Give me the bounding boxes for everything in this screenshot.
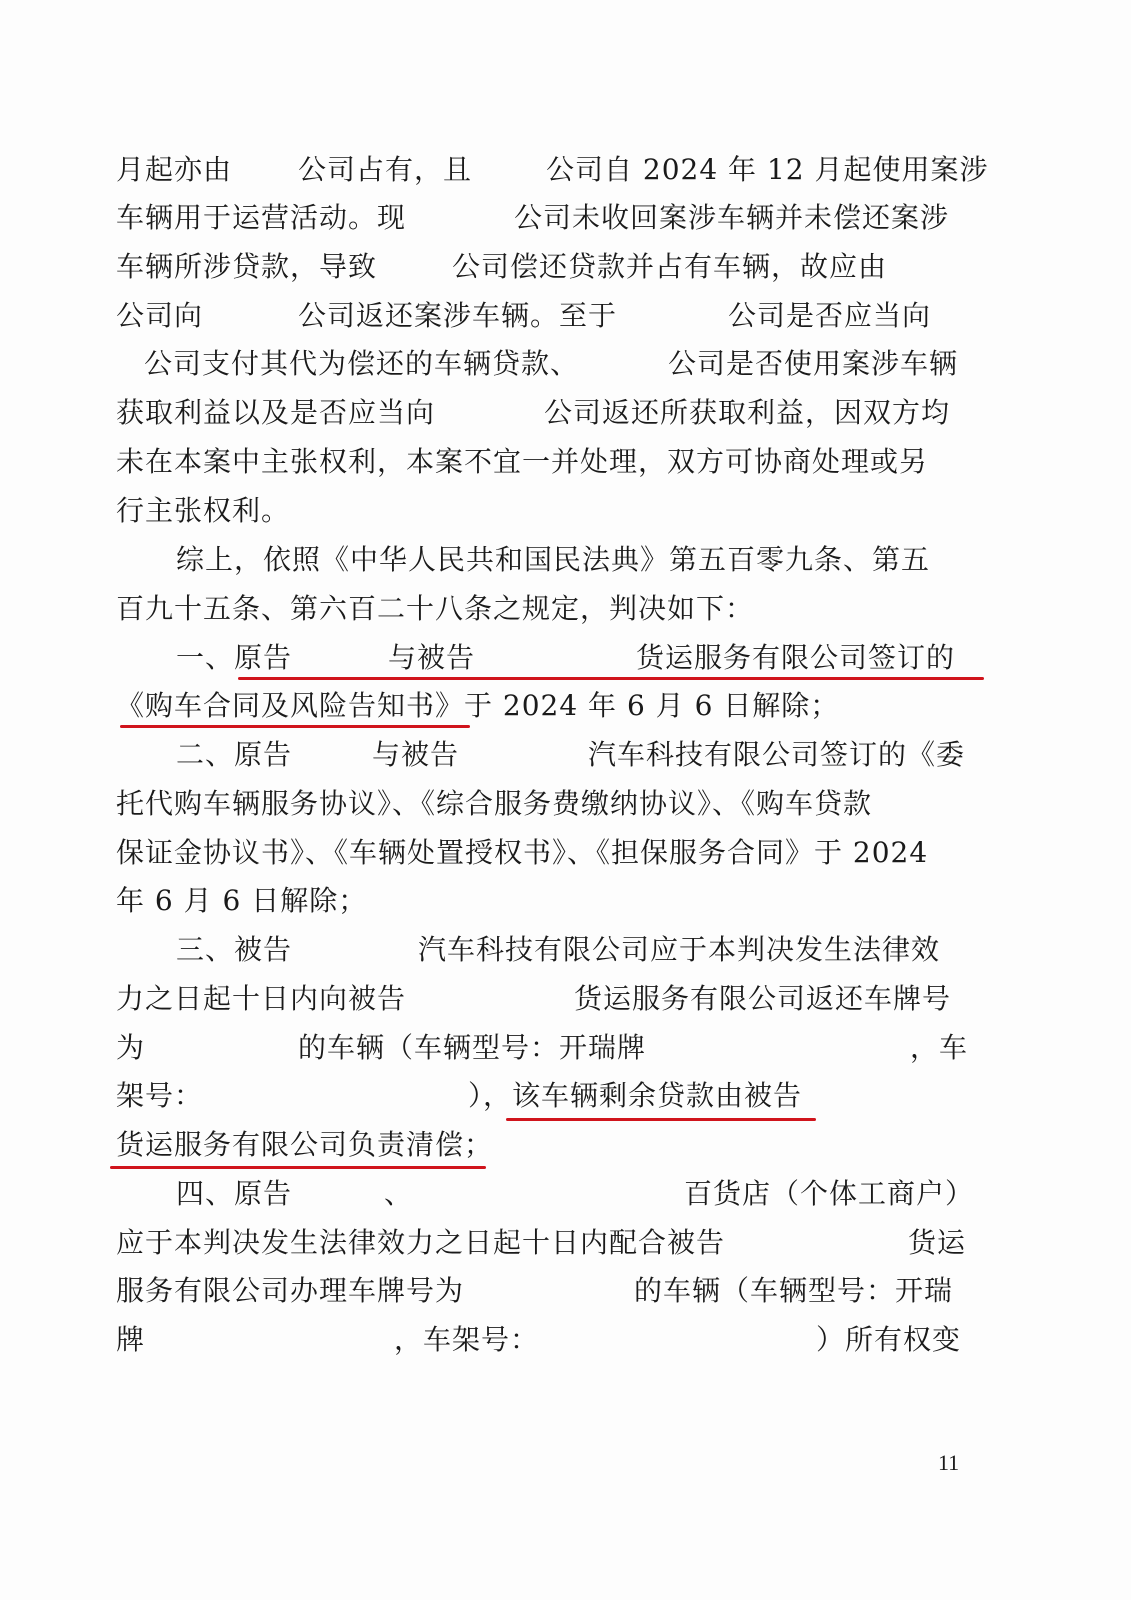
text-segment: 公司占有，且 — [298, 150, 472, 190]
text-segment: 公司向 — [116, 296, 203, 336]
text-segment: 架号： — [116, 1076, 203, 1116]
text-line: 车辆所涉贷款，导致公司偿还贷款并占有车辆，故应由 — [116, 247, 986, 287]
text-line: 百九十五条、第六百二十八条之规定，判决如下： — [116, 589, 986, 629]
text-line: 未在本案中主张权利，本案不宜一并处理，双方可协商处理或另 — [116, 442, 986, 482]
text-segment: 公司是否应当向 — [728, 296, 931, 336]
text-segment: ），该车辆剩余贷款由被告 — [468, 1076, 802, 1116]
text-line: 应于本判决发生法律效力之日起十日内配合被告货运 — [116, 1223, 986, 1263]
text-line: 综上，依照《中华人民共和国民法典》第五百零九条、第五 — [116, 540, 986, 580]
text-segment: 公司偿还贷款并占有车辆，故应由 — [452, 247, 887, 287]
text-segment: 公司支付其代为偿还的车辆贷款、 — [144, 344, 579, 384]
text-segment: 、 — [384, 1174, 413, 1214]
text-segment: 牌 — [116, 1320, 145, 1360]
text-line: 力之日起十日内向被告货运服务有限公司返还车牌号 — [116, 979, 986, 1019]
text-segment: 汽车科技有限公司应于本判决发生法律效 — [418, 930, 940, 970]
text-segment: 的车辆（车辆型号：开瑞 — [634, 1271, 953, 1311]
text-segment: 与被告 — [388, 638, 475, 678]
text-line: 《购车合同及风险告知书》于 2024 年 6 月 6 日解除； — [116, 686, 986, 726]
text-segment: 《购车合同及风险告知书》于 2024 年 6 月 6 日解除； — [116, 686, 839, 726]
red-underline-annotation — [110, 1166, 486, 1169]
text-segment: 年 6 月 6 日解除； — [116, 881, 367, 921]
text-line: 牌，车架号：）所有权变 — [116, 1320, 986, 1360]
text-segment: 四、原告 — [176, 1174, 292, 1214]
text-segment: 为 — [116, 1028, 145, 1068]
text-segment: 公司返还案涉车辆。至于 — [298, 296, 617, 336]
red-underline-annotation — [120, 725, 470, 728]
text-segment: 车辆所涉贷款，导致 — [116, 247, 377, 287]
text-segment: 获取利益以及是否应当向 — [116, 393, 435, 433]
text-line: 车辆用于运营活动。现公司未收回案涉车辆并未偿还案涉 — [116, 198, 986, 238]
text-segment: ）所有权变 — [816, 1320, 961, 1360]
text-segment: 与被告 — [372, 735, 459, 775]
red-underline-annotation — [238, 677, 984, 680]
text-segment: 综上，依照《中华人民共和国民法典》第五百零九条、第五 — [176, 540, 930, 580]
text-line: 三、被告汽车科技有限公司应于本判决发生法律效 — [116, 930, 986, 970]
text-line: 服务有限公司办理车牌号为的车辆（车辆型号：开瑞 — [116, 1271, 986, 1311]
text-segment: 公司返还所获取利益，因双方均 — [544, 393, 950, 433]
text-line: 公司支付其代为偿还的车辆贷款、公司是否使用案涉车辆 — [116, 344, 986, 384]
text-segment: 一、原告 — [176, 638, 292, 678]
text-line: 托代购车辆服务协议》、《综合服务费缴纳协议》、《购车贷款 — [116, 784, 986, 824]
text-line: 获取利益以及是否应当向公司返还所获取利益，因双方均 — [116, 393, 986, 433]
text-line: 月起亦由公司占有，且公司自 2024 年 12 月起使用案涉 — [116, 150, 986, 190]
page-number: 11 — [938, 1450, 959, 1476]
text-segment: 的车辆（车辆型号：开瑞牌 — [298, 1028, 646, 1068]
text-segment: 公司是否使用案涉车辆 — [668, 344, 958, 384]
text-segment: 保证金协议书》、《车辆处置授权书》、《担保服务合同》于 2024 — [116, 833, 928, 873]
text-line: 保证金协议书》、《车辆处置授权书》、《担保服务合同》于 2024 — [116, 833, 986, 873]
text-line: 一、原告与被告货运服务有限公司签订的 — [116, 638, 986, 678]
text-line: 年 6 月 6 日解除； — [116, 881, 986, 921]
text-segment: 公司自 2024 年 12 月起使用案涉 — [546, 150, 989, 190]
text-segment: 货运服务有限公司负责清偿； — [116, 1125, 493, 1165]
text-segment: 未在本案中主张权利，本案不宜一并处理，双方可协商处理或另 — [116, 442, 928, 482]
red-underline-annotation — [506, 1118, 816, 1121]
text-segment: 二、原告 — [176, 735, 292, 775]
text-line: 公司向公司返还案涉车辆。至于公司是否应当向 — [116, 296, 986, 336]
text-line: 四、原告、百货店（个体工商户） — [116, 1174, 986, 1214]
text-segment: 托代购车辆服务协议》、《综合服务费缴纳协议》、《购车贷款 — [116, 784, 872, 824]
text-segment: 公司未收回案涉车辆并未偿还案涉 — [514, 198, 949, 238]
text-segment: ，车架号： — [394, 1320, 539, 1360]
text-segment: 服务有限公司办理车牌号为 — [116, 1271, 464, 1311]
text-segment: 百九十五条、第六百二十八条之规定，判决如下： — [116, 589, 754, 629]
text-line: 行主张权利。 — [116, 491, 986, 531]
document-page: 月起亦由公司占有，且公司自 2024 年 12 月起使用案涉车辆用于运营活动。现… — [0, 0, 1131, 1600]
text-segment: 三、被告 — [176, 930, 292, 970]
text-segment: 货运服务有限公司返还车牌号 — [574, 979, 951, 1019]
text-segment: ，车 — [910, 1028, 968, 1068]
text-line: 二、原告与被告汽车科技有限公司签订的《委 — [116, 735, 986, 775]
text-segment: 应于本判决发生法律效力之日起十日内配合被告 — [116, 1223, 725, 1263]
text-segment: 行主张权利。 — [116, 491, 290, 531]
text-segment: 货运 — [908, 1223, 966, 1263]
text-line: 为的车辆（车辆型号：开瑞牌，车 — [116, 1028, 986, 1068]
text-segment: 货运服务有限公司签订的 — [636, 638, 955, 678]
text-segment: 汽车科技有限公司签订的《委 — [588, 735, 965, 775]
text-segment: 力之日起十日内向被告 — [116, 979, 406, 1019]
text-segment: 月起亦由 — [116, 150, 232, 190]
text-line: 架号：），该车辆剩余贷款由被告 — [116, 1076, 986, 1116]
text-line: 货运服务有限公司负责清偿； — [116, 1125, 986, 1165]
text-segment: 百货店（个体工商户） — [684, 1174, 974, 1214]
text-segment: 车辆用于运营活动。现 — [116, 198, 406, 238]
